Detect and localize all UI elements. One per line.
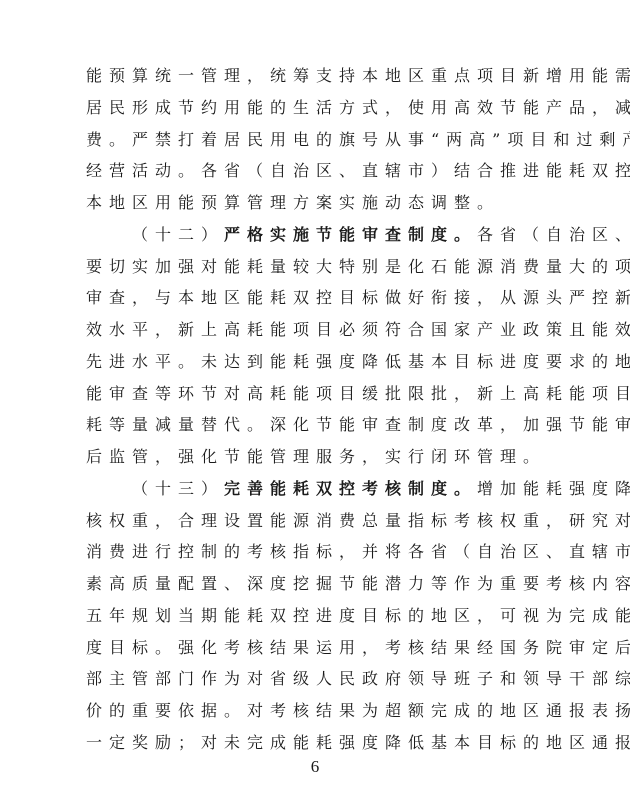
text-line: 经营活动。各省（自治区、直辖市）结合推进能耗双控工作，对	[86, 155, 556, 187]
text-line: 部主管部门作为对省级人民政府领导班子和领导干部综合考核评	[86, 663, 556, 695]
document-page: 能预算统一管理，统筹支持本地区重点项目新增用能需求。引导 居民形成节约用能的生活…	[0, 0, 630, 786]
section-12-first-line-text: 各省（自治区、直辖市）	[477, 225, 630, 244]
text-line: 素高质量配置、深度挖掘节能潜力等作为重要考核内容。对完成	[86, 568, 556, 600]
text-line: 能审查等环节对高耗能项目缓批限批，新上高耗能项目须实行能	[86, 378, 556, 410]
text-line: 效水平，新上高耗能项目必须符合国家产业政策且能效达到行业	[86, 314, 556, 346]
section-13-first-line: （十三）完善能耗双控考核制度。增加能耗强度降低指标考	[86, 473, 556, 505]
section-12-heading: 严格实施节能审查制度。	[224, 225, 477, 244]
text-line: 先进水平。未达到能耗强度降低基本目标进度要求的地区，在节	[86, 346, 556, 378]
section-13-number: （十三）	[132, 479, 224, 498]
section-13-heading: 完善能耗双控考核制度。	[224, 479, 477, 498]
text-line: 居民形成节约用能的生活方式，使用高效节能产品，减少能源浪	[86, 92, 556, 124]
text-line: 费。严禁打着居民用电的旗号从事“两高”项目和过剩产能生产	[86, 124, 556, 156]
text-line: 要切实加强对能耗量较大特别是化石能源消费量大的项目的节能	[86, 251, 556, 283]
text-line: 度目标。强化考核结果运用，考核结果经国务院审定后，交由干	[86, 632, 556, 664]
section-13-first-line-text: 增加能耗强度降低指标考	[477, 479, 630, 498]
text-line: 后监管，强化节能管理服务，实行闭环管理。	[86, 441, 556, 473]
section-12-number: （十二）	[132, 225, 224, 244]
text-line: 本地区用能预算管理方案实施动态调整。	[86, 187, 556, 219]
text-line: 五年规划当期能耗双控进度目标的地区，可视为完成能耗双控年	[86, 600, 556, 632]
page-number: 6	[0, 757, 630, 777]
text-line: 价的重要依据。对考核结果为超额完成的地区通报表扬，并给予	[86, 695, 556, 727]
section-12-first-line: （十二）严格实施节能审查制度。各省（自治区、直辖市）	[86, 219, 556, 251]
text-line: 一定奖励；对未完成能耗强度降低基本目标的地区通报批评，要	[86, 727, 556, 759]
text-line: 耗等量减量替代。深化节能审查制度改革，加强节能审查事中事	[86, 409, 556, 441]
text-line: 消费进行控制的考核指标，并将各省（自治区、直辖市）能源要	[86, 536, 556, 568]
text-line: 能预算统一管理，统筹支持本地区重点项目新增用能需求。引导	[86, 60, 556, 92]
text-line: 核权重，合理设置能源消费总量指标考核权重，研究对化石能源	[86, 505, 556, 537]
text-line: 审查，与本地区能耗双控目标做好衔接，从源头严控新上项目能	[86, 282, 556, 314]
body-text: 能预算统一管理，统筹支持本地区重点项目新增用能需求。引导 居民形成节约用能的生活…	[86, 60, 556, 759]
